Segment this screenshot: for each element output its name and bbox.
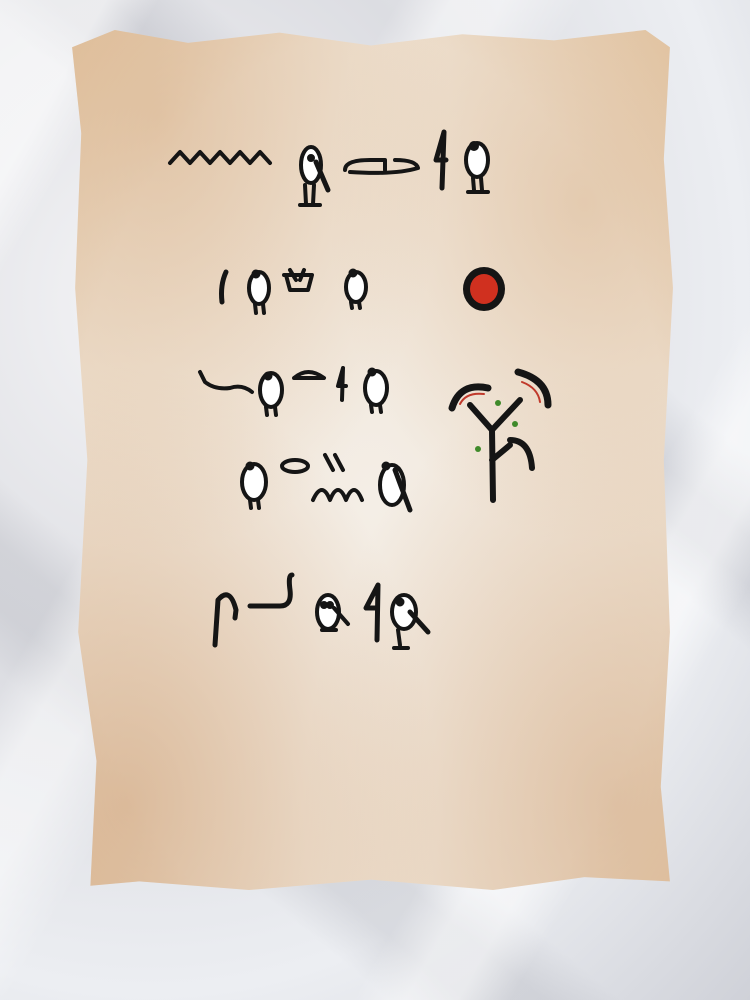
mouth-sign-icon — [294, 372, 324, 378]
folded-cloth-icon — [215, 595, 236, 645]
bird-icon — [365, 370, 387, 413]
basket-with-handle-icon — [284, 270, 312, 290]
hand-arm-icon — [250, 575, 292, 606]
horned-viper-icon — [200, 372, 252, 392]
reed-leaf-icon — [436, 132, 446, 188]
quail-chick-icon — [392, 595, 428, 648]
water-sign-icon — [313, 490, 362, 500]
reed-leaf-icon — [366, 585, 378, 640]
flowering-tree-icon — [452, 372, 548, 500]
chick-bird-icon — [466, 143, 488, 192]
bird-icon — [242, 464, 266, 509]
sun-disk-icon — [463, 267, 505, 311]
mouth-sign-icon — [282, 460, 308, 472]
bird-icon — [260, 373, 282, 415]
bird-icon — [380, 464, 410, 511]
water-zigzag-icon — [170, 152, 270, 163]
bird-icon — [249, 272, 269, 314]
mouth-reed-sign-icon — [345, 160, 418, 173]
owl-icon — [317, 595, 348, 630]
reed-leaf-icon — [338, 368, 346, 400]
vulture-bird-icon — [300, 147, 328, 205]
hieroglyph-layer — [0, 0, 750, 1000]
double-reed-icon — [325, 455, 343, 470]
bird-icon — [346, 271, 366, 309]
reed-leaf-icon — [222, 272, 227, 302]
